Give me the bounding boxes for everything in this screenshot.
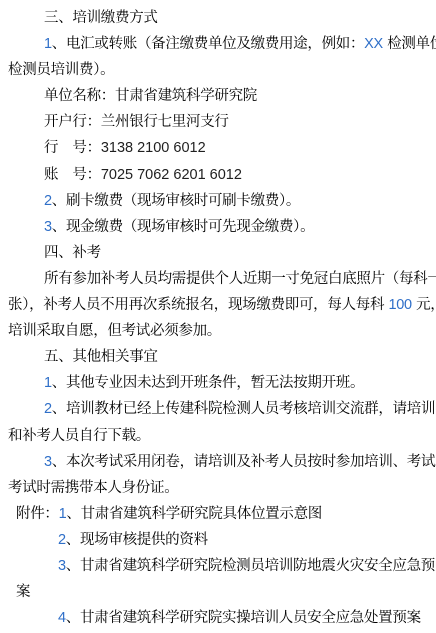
attachments-line-4: 4、甘肃省建筑科学研究院实操培训人员安全应急处置预案 [8, 605, 424, 631]
account-name-line: 单位名称：甘肃省建筑科学研究院 [8, 83, 424, 109]
list-number: 3 [44, 219, 52, 235]
line-text: 元， [412, 297, 436, 313]
attachments-line-1: 附件：1、甘肃省建筑科学研究院具体位置示意图 [8, 501, 424, 527]
list-item-wire-transfer: 1、电汇或转账（备注缴费单位及缴费用途，例如：XX 检测单位 [8, 31, 424, 57]
line-text: 开户行：兰州银行七里河支行 [44, 114, 229, 130]
text-line: 检测员培训费）。 [8, 57, 424, 83]
line-text: 检测单位 [383, 36, 436, 52]
list-number: 2 [44, 401, 52, 417]
attachments-line-3: 3、甘肃省建筑科学研究院检测员培训防地震火灾安全应急预 [8, 553, 424, 579]
list-number: 2 [44, 193, 52, 209]
line-text: 和补考人员自行下载。 [8, 428, 150, 444]
line-text: 、其他专业因未达到开班条件，暂无法按期开班。 [52, 375, 364, 391]
line-text: 考试时需携带本人身份证。 [8, 480, 178, 496]
heading-text: 三、培训缴费方式 [44, 10, 158, 26]
field-label: 账 号： [44, 167, 101, 183]
placeholder-xx: XX [364, 36, 383, 52]
text-line: 所有参加补考人员均需提供个人近期一寸免冠白底照片（每科一 [8, 266, 424, 292]
section-heading-makeup-exam: 四、补考 [8, 240, 424, 266]
field-label: 行 号： [44, 140, 101, 156]
bank-code-line: 行 号：3138 2100 6012 [8, 135, 424, 161]
line-text: 、刷卡缴费（现场审核时可刷卡缴费）。 [52, 193, 300, 209]
bank-code-value: 3138 2100 6012 [101, 140, 206, 156]
attachments-line-2: 2、现场审核提供的资料 [8, 527, 424, 553]
fee-amount: 100 [388, 297, 411, 313]
list-number: 2 [58, 532, 66, 548]
list-item-cash-payment: 3、现金缴费（现场审核时可先现金缴费）。 [8, 214, 424, 240]
heading-text: 四、补考 [44, 245, 101, 261]
line-text: 、电汇或转账（备注缴费单位及缴费用途，例如： [52, 36, 364, 52]
line-text: 所有参加补考人员均需提供个人近期一寸免冠白底照片（每科一 [44, 271, 436, 287]
attachments-label: 附件： [16, 506, 59, 522]
list-number: 1 [44, 36, 52, 52]
text-line: 和补考人员自行下载。 [8, 423, 424, 449]
line-text: 、现场审核提供的资料 [66, 532, 208, 548]
list-number: 1 [44, 375, 52, 391]
line-text: 、甘肃省建筑科学研究院检测员培训防地震火灾安全应急预 [66, 558, 435, 574]
list-number: 3 [58, 558, 66, 574]
account-number-line: 账 号：7025 7062 6201 6012 [8, 162, 424, 188]
list-item-card-payment: 2、刷卡缴费（现场审核时可刷卡缴费）。 [8, 188, 424, 214]
line-text: 、甘肃省建筑科学研究院实操培训人员安全应急处置预案 [66, 610, 421, 626]
section-heading-payment: 三、培训缴费方式 [8, 5, 424, 31]
text-line: 张），补考人员不用再次系统报名，现场缴费即可，每人每科 100 元， [8, 292, 424, 318]
line-text: 单位名称：甘肃省建筑科学研究院 [44, 88, 257, 104]
account-number-value: 7025 7062 6201 6012 [101, 167, 242, 183]
text-line: 案 [8, 579, 424, 605]
list-number: 3 [44, 454, 52, 470]
list-item-closed-book: 3、本次考试采用闭卷，请培训及补考人员按时参加培训、考试。 [8, 449, 424, 475]
bank-branch-line: 开户行：兰州银行七里河支行 [8, 109, 424, 135]
list-number: 4 [58, 610, 66, 626]
list-item-other-majors: 1、其他专业因未达到开班条件，暂无法按期开班。 [8, 370, 424, 396]
line-text: 培训采取自愿，但考试必须参加。 [8, 323, 221, 339]
text-line: 考试时需携带本人身份证。 [8, 475, 424, 501]
heading-text: 五、其他相关事宜 [44, 349, 158, 365]
line-text: 、本次考试采用闭卷，请培训及补考人员按时参加培训、考试。 [52, 454, 436, 470]
line-text: 、培训教材已经上传建科院检测人员考核培训交流群，请培训 [52, 401, 435, 417]
list-item-materials: 2、培训教材已经上传建科院检测人员考核培训交流群，请培训 [8, 396, 424, 422]
text-line: 培训采取自愿，但考试必须参加。 [8, 318, 424, 344]
line-text: 案 [16, 584, 30, 600]
document-page: 三、培训缴费方式 1、电汇或转账（备注缴费单位及缴费用途，例如：XX 检测单位 … [0, 0, 436, 633]
section-heading-other-matters: 五、其他相关事宜 [8, 344, 424, 370]
line-text: 张），补考人员不用再次系统报名，现场缴费即可，每人每科 [8, 297, 388, 313]
line-text: 检测员培训费）。 [8, 62, 114, 78]
line-text: 、现金缴费（现场审核时可先现金缴费）。 [52, 219, 315, 235]
line-text: 、甘肃省建筑科学研究院具体位置示意图 [66, 506, 322, 522]
